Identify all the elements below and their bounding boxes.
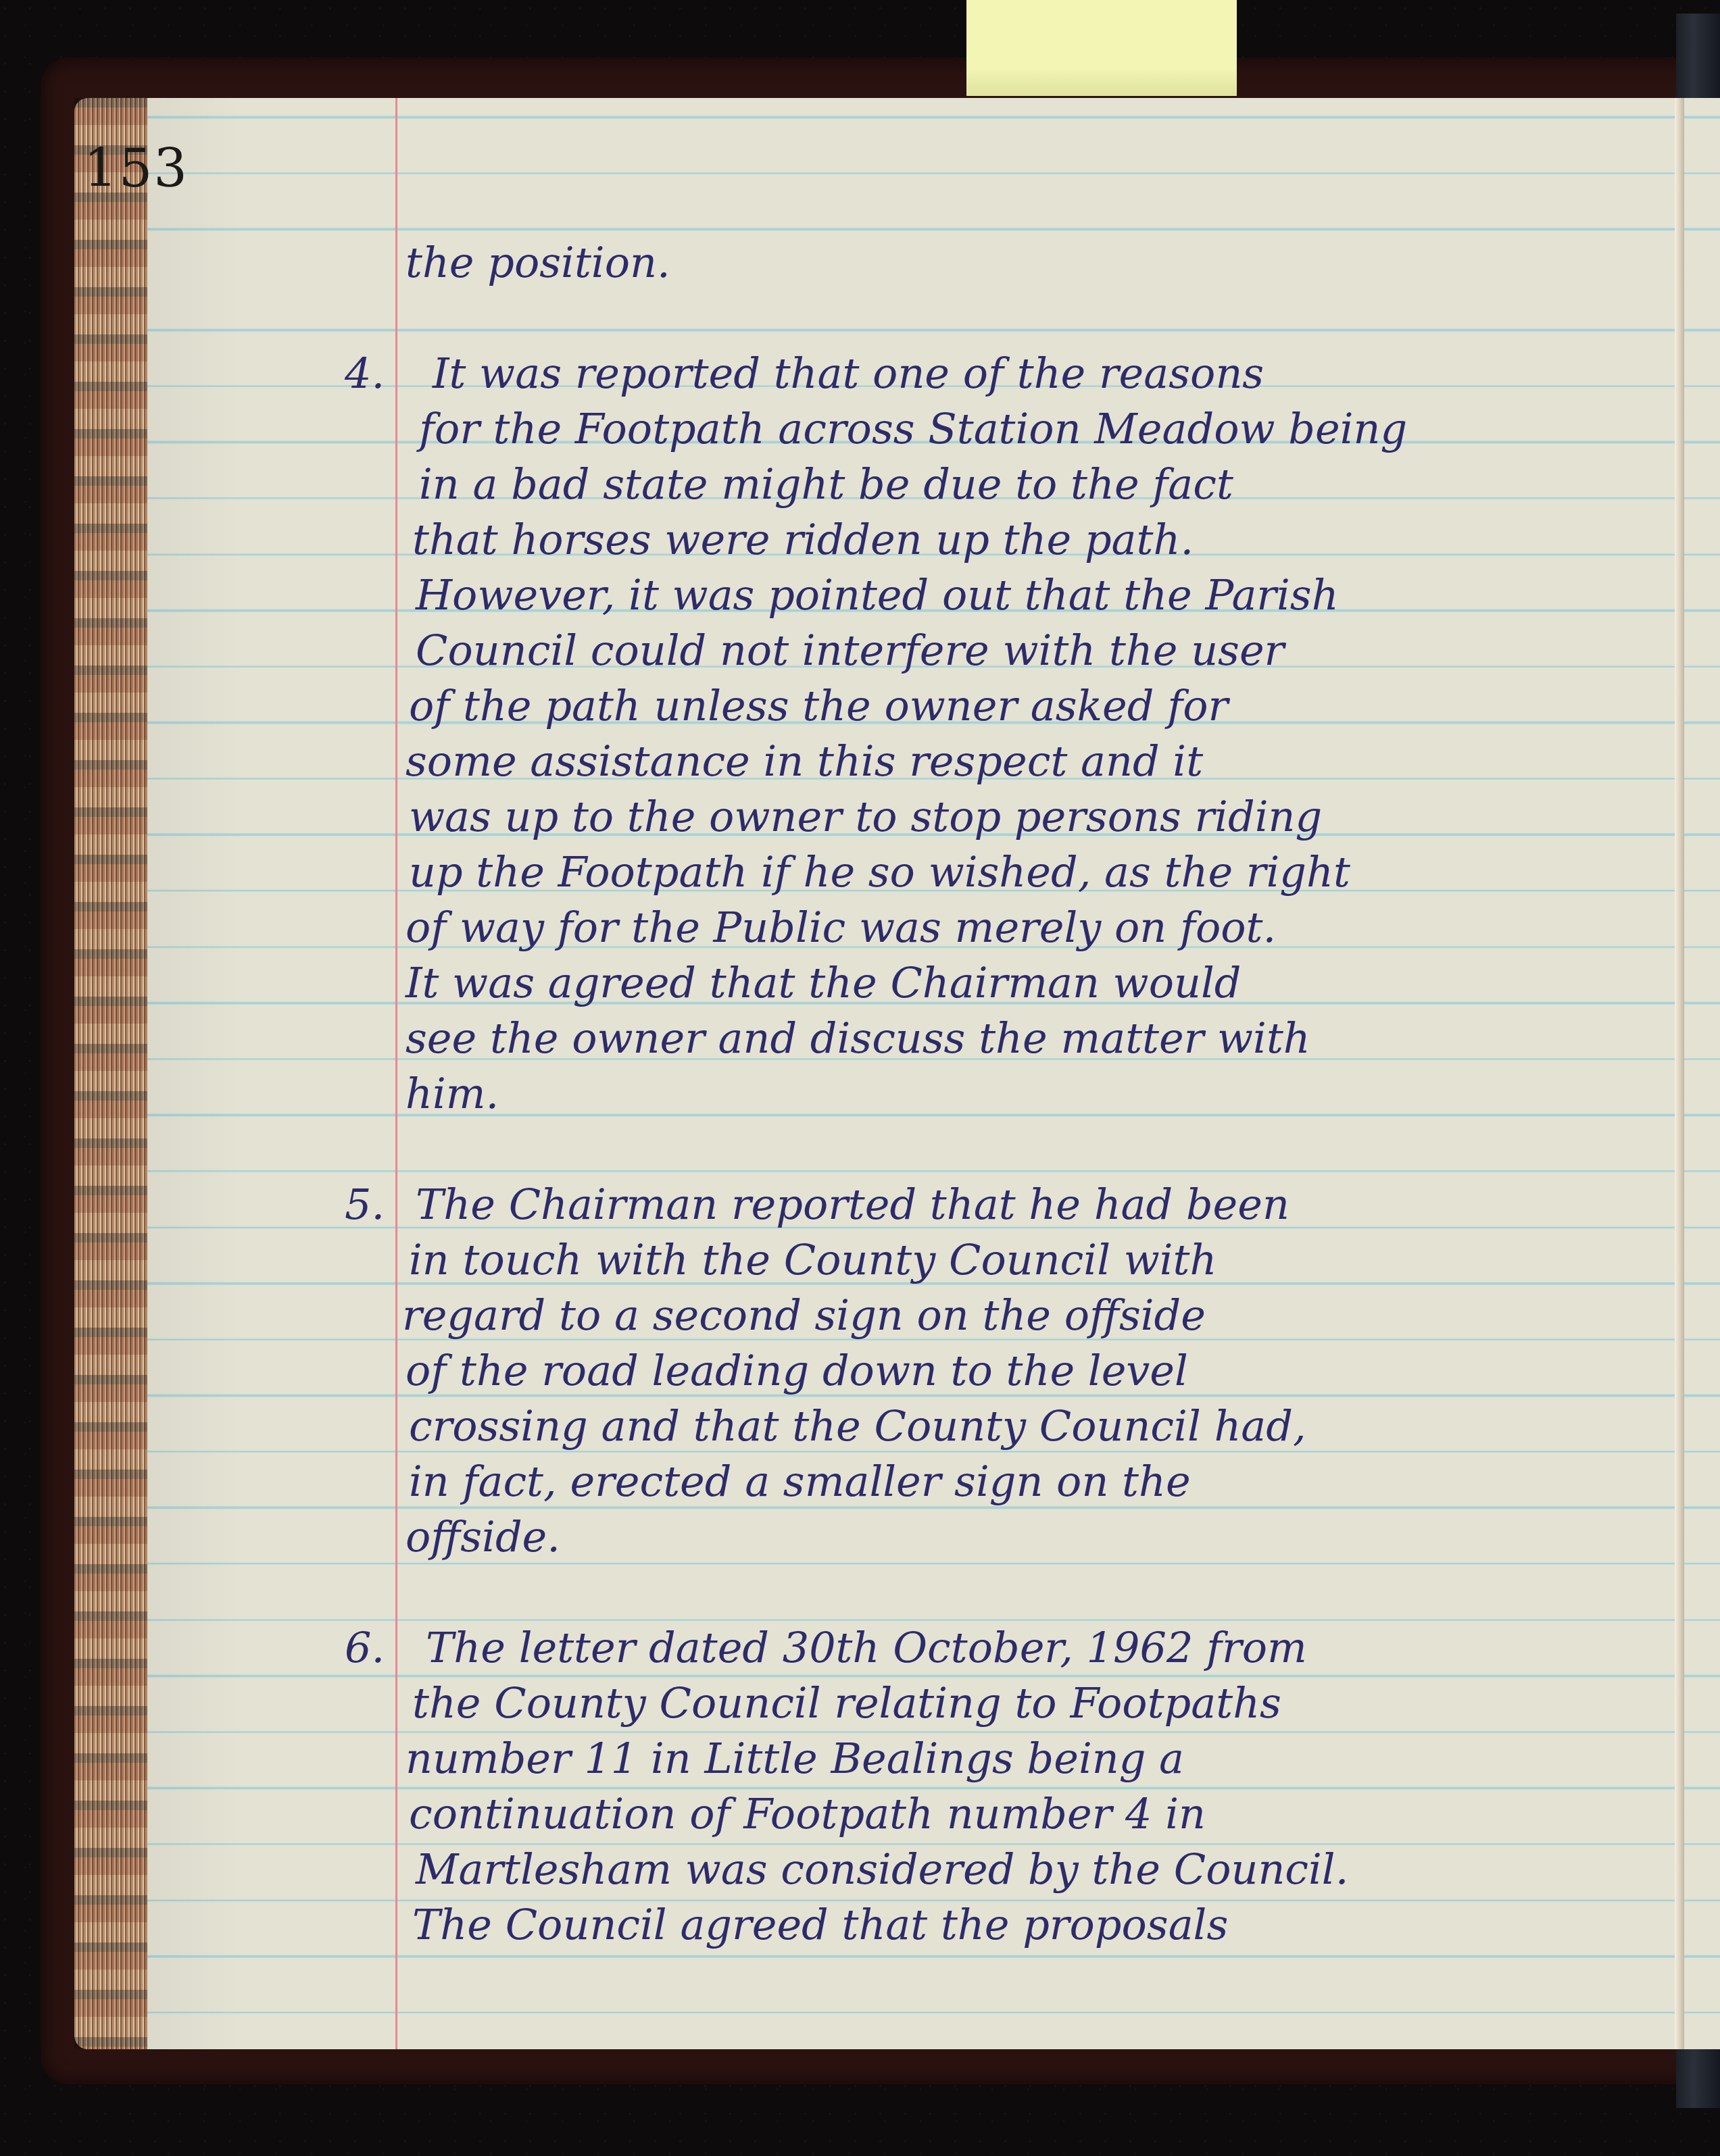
- item-line: crossing and that the County Council had…: [409, 1399, 1306, 1454]
- item-line: him.: [406, 1066, 499, 1122]
- item-line: It was agreed that the Chairman would: [406, 955, 1241, 1011]
- item-line: in touch with the County Council with: [409, 1232, 1217, 1288]
- item-number: 5.: [345, 1177, 385, 1232]
- item-line: for the Footpath across Station Meadow b…: [419, 401, 1407, 457]
- item-line: Martlesham was considered by the Council…: [416, 1842, 1348, 1897]
- marbled-page-edges: [74, 98, 149, 2049]
- item-line: of the path unless the owner asked for: [409, 678, 1228, 734]
- item-number: 4.: [345, 346, 385, 401]
- item-line: was up to the owner to stop persons ridi…: [409, 789, 1322, 845]
- item-line: in fact, erected a smaller sign on the: [409, 1454, 1191, 1509]
- sticky-note: [966, 0, 1237, 96]
- item-line: However, it was pointed out that the Par…: [416, 568, 1339, 623]
- item-line: in a bad state might be due to the fact: [419, 457, 1233, 512]
- item-line: continuation of Footpath number 4 in: [409, 1786, 1206, 1842]
- item-line: The letter dated 30th October, 1962 from: [426, 1620, 1307, 1676]
- page-number: 153: [84, 139, 189, 199]
- item-line: of way for the Public was merely on foot…: [406, 900, 1276, 955]
- item-line: Council could not interfere with the use…: [416, 623, 1284, 678]
- item-line: that horses were ridden up the path.: [412, 512, 1194, 568]
- item-line: It was reported that one of the reasons: [433, 346, 1264, 401]
- item-line: The Chairman reported that he had been: [416, 1177, 1289, 1232]
- item-number: 6.: [345, 1620, 385, 1676]
- item-line: number 11 in Little Bealings being a: [406, 1731, 1184, 1786]
- item-line: up the Footpath if he so wished, as the …: [409, 845, 1350, 900]
- red-margin-line: [395, 98, 397, 2049]
- page-gutter: [1675, 98, 1684, 2049]
- item-line: The Council agreed that the proposals: [412, 1897, 1228, 1953]
- item-line: regard to a second sign on the offside: [402, 1288, 1206, 1343]
- item-line: of the road leading down to the level: [406, 1343, 1188, 1399]
- continuation-text: the position.: [406, 235, 670, 291]
- item-line: some assistance in this respect and it: [406, 734, 1203, 789]
- item-line: see the owner and discuss the matter wit…: [406, 1011, 1310, 1066]
- item-line: the County Council relating to Footpaths: [412, 1676, 1281, 1731]
- item-line: offside.: [406, 1509, 560, 1565]
